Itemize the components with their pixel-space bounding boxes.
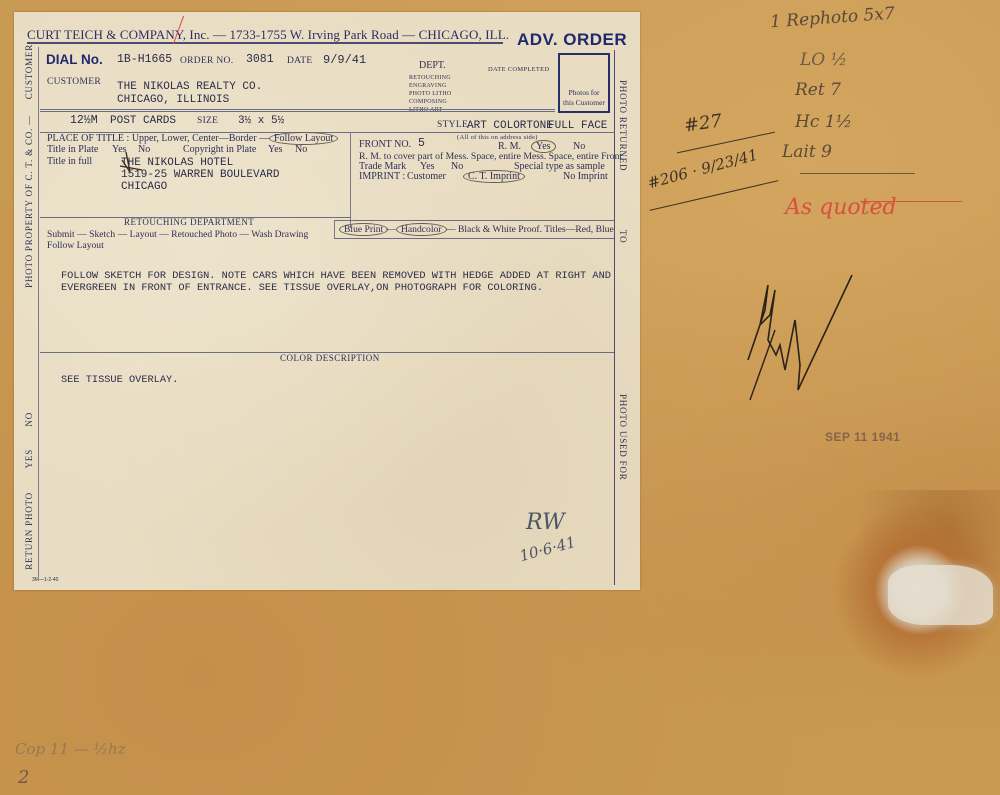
approval-initials: RW xyxy=(526,510,565,535)
bottom-pencil-note: Cop 11 — ½hz xyxy=(15,740,126,758)
proof-options-rest[interactable]: — Black & White Proof. Titles—Red, Blue xyxy=(446,224,614,235)
style-face-value[interactable]: FULL FACE xyxy=(548,120,607,132)
red-note-line xyxy=(860,201,962,202)
left-margin-rule xyxy=(38,47,39,577)
photos-box-line-2: this Customer xyxy=(563,98,605,108)
size-label: SIZE xyxy=(197,116,218,126)
date-completed-label: DATE COMPLETED xyxy=(488,66,549,73)
margin-yes: YES xyxy=(24,449,34,468)
address-side-note: (All of this on address side) xyxy=(457,134,538,141)
margin-customer: CUSTOMER xyxy=(24,44,34,99)
job-number: #27 xyxy=(683,110,724,136)
color-description-heading: COLOR DESCRIPTION xyxy=(280,353,380,363)
dept-list: RETOUCHING ENGRAVING PHOTO LITHO COMPOSI… xyxy=(409,74,452,114)
note-rephoto: 1 Rephoto 5x7 xyxy=(769,4,895,33)
note-lo: LO ½ xyxy=(800,50,847,70)
imprint-none[interactable]: No Imprint xyxy=(563,171,608,182)
customer-label: CUSTOMER xyxy=(47,77,101,87)
imprint-label: IMPRINT : xyxy=(359,171,405,182)
size-value[interactable]: 3½ x 5½ xyxy=(238,115,284,127)
trade-mark-no[interactable]: No xyxy=(451,161,463,172)
customer-line-1[interactable]: THE NIKOLAS REALTY CO. xyxy=(117,81,262,93)
torn-paper-patch xyxy=(888,565,993,625)
middle-divider xyxy=(350,132,351,228)
margin-return-photo: RETURN PHOTO xyxy=(24,492,34,570)
place-of-title-label: PLACE OF TITLE : Upper, Lower, Center—Bo… xyxy=(47,133,269,144)
header-rule xyxy=(27,42,503,44)
dial-value[interactable]: 1B-H1665 xyxy=(117,53,172,66)
margin-photo-property: PHOTO PROPERTY OF C. T. & CO. — xyxy=(24,115,34,288)
title-in-plate-label: Title in Plate xyxy=(47,144,98,155)
date-received-stamp: SEP 11 1941 xyxy=(825,430,900,444)
advance-order-form: CURT TEICH & COMPANY, Inc. — 1733-1755 W… xyxy=(14,12,640,590)
margin-photo-used-for: PHOTO USED FOR xyxy=(618,394,628,481)
front-no-value[interactable]: 5 xyxy=(418,137,425,150)
color-description-value[interactable]: SEE TISSUE OVERLAY. xyxy=(61,374,178,386)
order-value[interactable]: 3081 xyxy=(246,53,274,66)
retouching-heading: RETOUCHING DEPARTMENT xyxy=(124,217,254,227)
rule-after-customer xyxy=(40,109,555,110)
style-value[interactable]: ART COLORTONE xyxy=(467,120,553,132)
dept-litho-art[interactable]: LITHO ART xyxy=(409,106,452,114)
copyright-no[interactable]: No xyxy=(295,144,307,155)
copyright-yes[interactable]: Yes xyxy=(268,144,283,155)
copyright-in-plate-label: Copyright in Plate xyxy=(183,144,256,155)
dept-retouching[interactable]: RETOUCHING xyxy=(409,74,452,82)
date-label: DATE xyxy=(287,56,312,66)
note-lait: Lait 9 xyxy=(782,142,832,162)
dial-label: DIAL No. xyxy=(46,52,103,67)
margin-to: TO xyxy=(618,230,628,243)
right-margin-rule xyxy=(614,50,615,585)
proof-separator: — xyxy=(386,224,396,235)
proof-blue-print[interactable]: Blue Print xyxy=(339,223,388,236)
photos-box-line-1: Photos for xyxy=(568,88,599,98)
dept-composing[interactable]: COMPOSING xyxy=(409,98,452,106)
product-value[interactable]: POST CARDS xyxy=(110,115,176,127)
imprint-customer[interactable]: Customer xyxy=(407,171,446,182)
quantity-value[interactable]: 12½M xyxy=(70,114,98,127)
rule-after-proof xyxy=(334,238,614,239)
note-hc: Hc 1½ xyxy=(795,112,852,132)
instructions-line-2[interactable]: EVERGREEN IN FRONT OF ENTRANCE. SEE TISS… xyxy=(61,282,543,294)
imprint-ct-imprint[interactable]: C. T. Imprint xyxy=(463,170,525,183)
reference-line: #206 · 9/23/41 xyxy=(646,146,760,193)
form-code: 3M—1-2-40 xyxy=(32,577,58,583)
date-value[interactable]: 9/9/41 xyxy=(323,53,366,67)
customer-line-2[interactable]: CHICAGO, ILLINOIS xyxy=(117,94,229,106)
dept-photo-litho[interactable]: PHOTO LITHO xyxy=(409,90,452,98)
style-label: STYLE xyxy=(437,120,468,130)
photos-for-customer-box[interactable]: Photos for this Customer xyxy=(558,53,610,113)
note-underline xyxy=(800,173,915,174)
retouching-follow-layout[interactable]: Follow Layout xyxy=(47,240,104,251)
retouching-options[interactable]: Submit — Sketch — Layout — Retouched Pho… xyxy=(47,229,308,240)
rule-after-customer-2 xyxy=(40,111,555,112)
form-title: ADV. ORDER xyxy=(517,30,627,50)
red-note-as-quoted: As quoted xyxy=(785,195,897,220)
check-mark xyxy=(116,148,146,178)
title-full-line-3[interactable]: CHICAGO xyxy=(121,181,167,193)
note-ret: Ret 7 xyxy=(795,80,841,100)
proof-handcolor[interactable]: Handcolor xyxy=(396,223,447,236)
company-header: CURT TEICH & COMPANY, Inc. — 1733-1755 W… xyxy=(27,27,509,43)
dept-label: DEPT. xyxy=(419,60,446,71)
front-no-label: FRONT NO. xyxy=(359,139,411,150)
dept-engraving[interactable]: ENGRAVING xyxy=(409,82,452,90)
rule-before-proof xyxy=(334,220,614,221)
approval-date: 10·6·41 xyxy=(518,533,578,565)
margin-no: NO xyxy=(24,412,34,427)
instructions-line-1[interactable]: FOLLOW SKETCH FOR DESIGN. NOTE CARS WHIC… xyxy=(61,270,611,282)
signature-mark xyxy=(740,270,870,410)
proof-left-edge xyxy=(334,220,335,238)
bottom-pencil-number: 2 xyxy=(18,767,29,788)
order-label: ORDER NO. xyxy=(180,56,233,66)
title-in-full-label: Title in full xyxy=(47,156,92,167)
